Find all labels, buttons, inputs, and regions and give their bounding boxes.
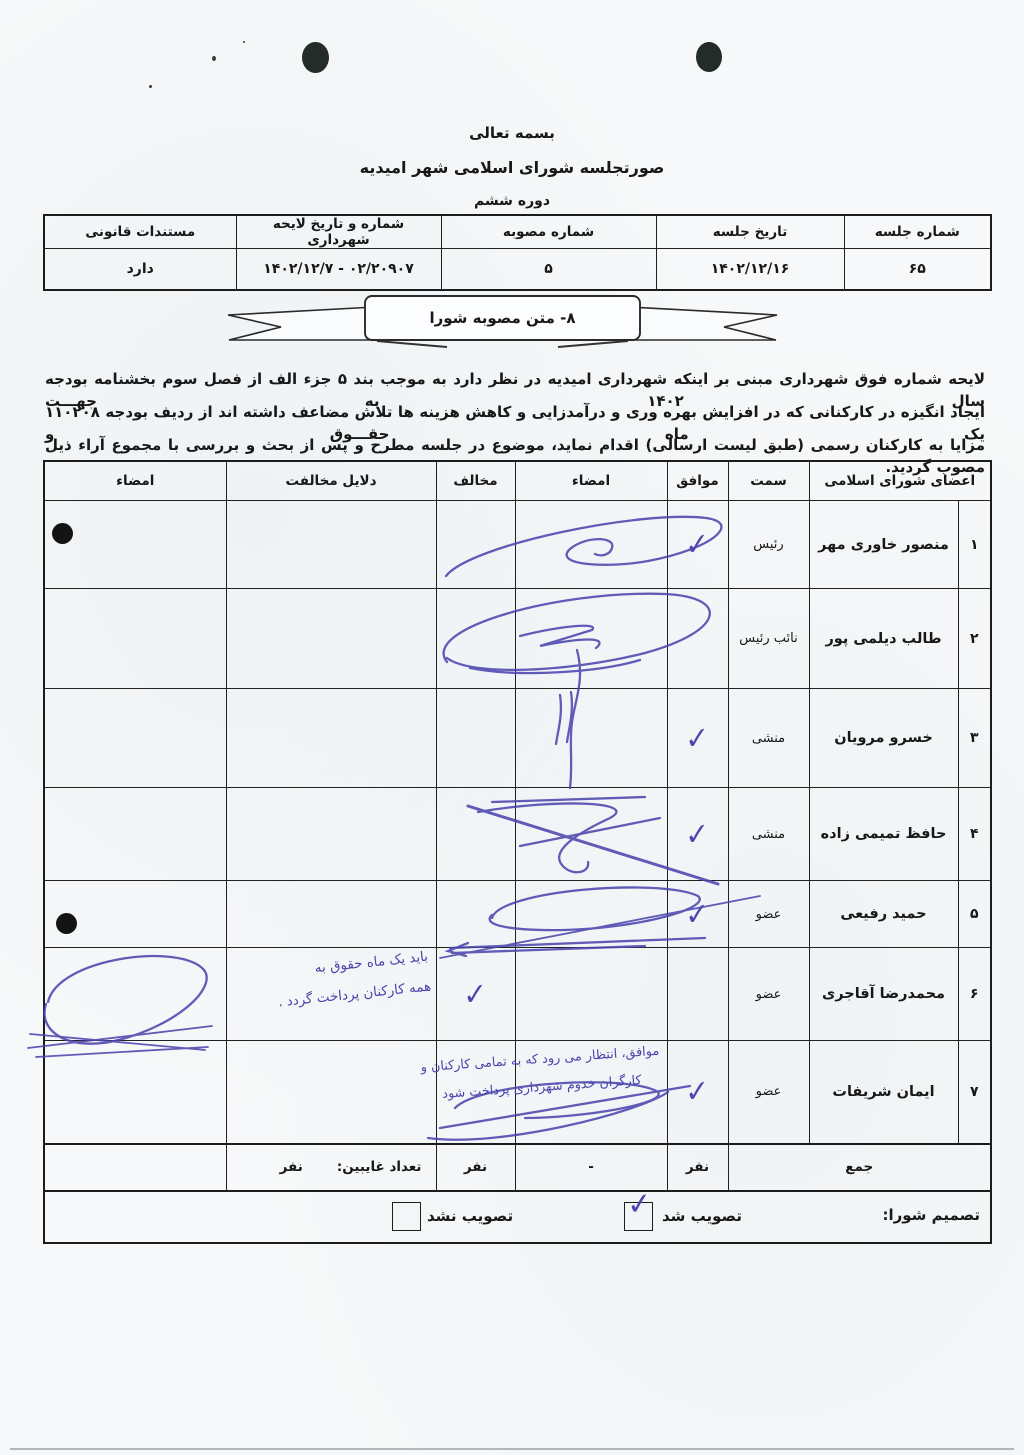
row-number: ۳ <box>958 689 991 788</box>
oppose-signature-cell <box>44 881 226 948</box>
oppose-reasons-cell <box>226 589 436 689</box>
agree-cell: ✓ <box>667 689 728 788</box>
member-position: عضو <box>728 948 809 1041</box>
staple-mark-top-left <box>302 42 329 73</box>
table-row: ۲ طالب دیلمی پور نائب رئیس <box>44 589 991 689</box>
bill-header: شماره و تاریخ لایحه شهرداری <box>236 215 441 249</box>
oppose-reasons-header: دلایل مخالفت <box>226 461 436 501</box>
oppose-count-cell: نفر <box>436 1144 515 1191</box>
ribbon-right-tail <box>630 307 777 340</box>
agree-checkmark: ✓ <box>685 818 710 851</box>
row-number: ۷ <box>958 1041 991 1144</box>
member-name: خسرو مرویان <box>809 689 958 788</box>
signature-cell <box>515 589 667 689</box>
signature-cell <box>515 788 667 881</box>
absent-label: تعداد غایبین: <box>337 1159 422 1175</box>
table-row: ۳ خسرو مرویان منشی ✓ <box>44 689 991 788</box>
oppose-cell <box>436 881 515 948</box>
row-number: ۵ <box>958 881 991 948</box>
oppose-checkmark: ✓ <box>463 978 488 1011</box>
absent-count: نفر <box>280 1159 303 1175</box>
member-position: رئیس <box>728 501 809 589</box>
decision-cell: تصمیم شورا: تصویب شد ✓ تصویب نشد <box>44 1191 991 1243</box>
member-position: منشی <box>728 788 809 881</box>
signature-cell <box>515 689 667 788</box>
member-position: منشی <box>728 689 809 788</box>
oppose-signature-cell <box>44 788 226 881</box>
oppose-signature-cell <box>44 948 226 1041</box>
agree-cell: ✓ <box>667 501 728 589</box>
oppose-signature-cell <box>44 501 226 589</box>
legal-docs-value: دارد <box>44 249 236 291</box>
signature-cell <box>515 501 667 589</box>
member-position: عضو <box>728 1041 809 1144</box>
document-subtitle: دوره ششم <box>0 193 1024 209</box>
member-name: منصور خاوری مهر <box>809 501 958 589</box>
signature-header: امضاء <box>515 461 667 501</box>
oppose-header: مخالف <box>436 461 515 501</box>
session-info-table: شماره جلسه تاریخ جلسه شماره مصوبه شماره … <box>43 214 992 291</box>
agree-cell: ✓ <box>667 788 728 881</box>
oppose-signature-cell <box>44 1041 226 1144</box>
session-date-header: تاریخ جلسه <box>656 215 844 249</box>
approved-checkbox: ✓ <box>624 1202 653 1231</box>
oppose-cell <box>436 788 515 881</box>
ribbon-fold-shadows <box>377 341 628 347</box>
table-row: ۵ حمید رفیعی عضو ✓ <box>44 881 991 948</box>
agree-checkmark: ✓ <box>685 722 710 755</box>
agree-cell <box>667 589 728 689</box>
signature-cell <box>515 948 667 1041</box>
members-header: اعضای شورای اسلامی <box>809 461 991 501</box>
signature-total-cell: - <box>515 1144 667 1191</box>
session-no-value: ۶۵ <box>844 249 991 291</box>
banner-title: ۸- متن مصوبه شورا <box>365 296 640 340</box>
oppose-cell <box>436 501 515 589</box>
oppose-reasons-cell <box>226 689 436 788</box>
scan-speck <box>212 56 216 61</box>
oppose-reasons-cell <box>226 881 436 948</box>
agree-header: موافق <box>667 461 728 501</box>
agree-checkmark: ✓ <box>685 528 710 561</box>
row-number: ۶ <box>958 948 991 1041</box>
decision-row: تصمیم شورا: تصویب شد ✓ تصویب نشد <box>44 1191 991 1243</box>
member-name: ایمان شریفات <box>809 1041 958 1144</box>
resolution-no-header: شماره مصوبه <box>441 215 656 249</box>
oppose-cell <box>436 689 515 788</box>
session-no-header: شماره جلسه <box>844 215 991 249</box>
vote-table: اعضای شورای اسلامی سمت موافق امضاء مخالف… <box>43 460 992 1244</box>
document-title: صورتجلسه شورای اسلامی شهر امیدیه <box>0 158 1024 177</box>
oppose-reasons-cell <box>226 788 436 881</box>
row-number: ۲ <box>958 589 991 689</box>
decision-label: تصمیم شورا: <box>882 1206 980 1224</box>
table-row: ۶ محمدرضا آقاجری عضو ✓ <box>44 948 991 1041</box>
totals-signature-cell <box>44 1144 226 1191</box>
scanned-council-minutes: { "page": { "bismillah": "بسمه تعالی", "… <box>0 0 1024 1455</box>
rejected-label: تصویب نشد <box>427 1207 513 1225</box>
member-position: عضو <box>728 881 809 948</box>
bill-value: ۱۴۰۲/۱۲/۷ - ۰۲/۲۰۹۰۷ <box>236 249 441 291</box>
oppose-signature-cell <box>44 589 226 689</box>
totals-row: جمع نفر - نفر تعداد غایبین: نفر <box>44 1144 991 1191</box>
member-name: حافظ تمیمی زاده <box>809 788 958 881</box>
oppose-signature-header: امضاء <box>44 461 226 501</box>
scan-bottom-edge <box>10 1448 1014 1450</box>
scan-speck <box>243 41 245 43</box>
bismillah-text: بسمه تعالی <box>0 124 1024 142</box>
member-position: نائب رئیس <box>728 589 809 689</box>
approved-checkmark: ✓ <box>626 1188 654 1220</box>
agree-count-cell: نفر <box>667 1144 728 1191</box>
agree-checkmark: ✓ <box>685 898 710 931</box>
row-number: ۴ <box>958 788 991 881</box>
oppose-signature-cell <box>44 689 226 788</box>
oppose-cell: ✓ <box>436 948 515 1041</box>
absent-cell: تعداد غایبین: نفر <box>226 1144 436 1191</box>
oppose-cell <box>436 589 515 689</box>
member-name: طالب دیلمی پور <box>809 589 958 689</box>
table-row: ۴ حافظ تمیمی زاده منشی ✓ <box>44 788 991 881</box>
approved-label: تصویب شد <box>662 1207 742 1225</box>
vote-table-header-row: اعضای شورای اسلامی سمت موافق امضاء مخالف… <box>44 461 991 501</box>
session-date-value: ۱۴۰۲/۱۲/۱۶ <box>656 249 844 291</box>
agree-cell <box>667 948 728 1041</box>
oppose-reasons-cell <box>226 501 436 589</box>
table-row: ۱ منصور خاوری مهر رئیس ✓ <box>44 501 991 589</box>
agree-cell: ✓ <box>667 881 728 948</box>
scan-speck <box>149 85 152 88</box>
rejected-checkbox <box>392 1202 421 1231</box>
position-header: سمت <box>728 461 809 501</box>
member-name: محمدرضا آقاجری <box>809 948 958 1041</box>
resolution-no-value: ۵ <box>441 249 656 291</box>
totals-label: جمع <box>728 1144 991 1191</box>
legal-docs-header: مستندات قانونی <box>44 215 236 249</box>
staple-mark-top-right <box>696 42 722 72</box>
signature-cell <box>515 881 667 948</box>
row-number: ۱ <box>958 501 991 589</box>
ribbon-left-tail <box>228 307 375 340</box>
member-name: حمید رفیعی <box>809 881 958 948</box>
